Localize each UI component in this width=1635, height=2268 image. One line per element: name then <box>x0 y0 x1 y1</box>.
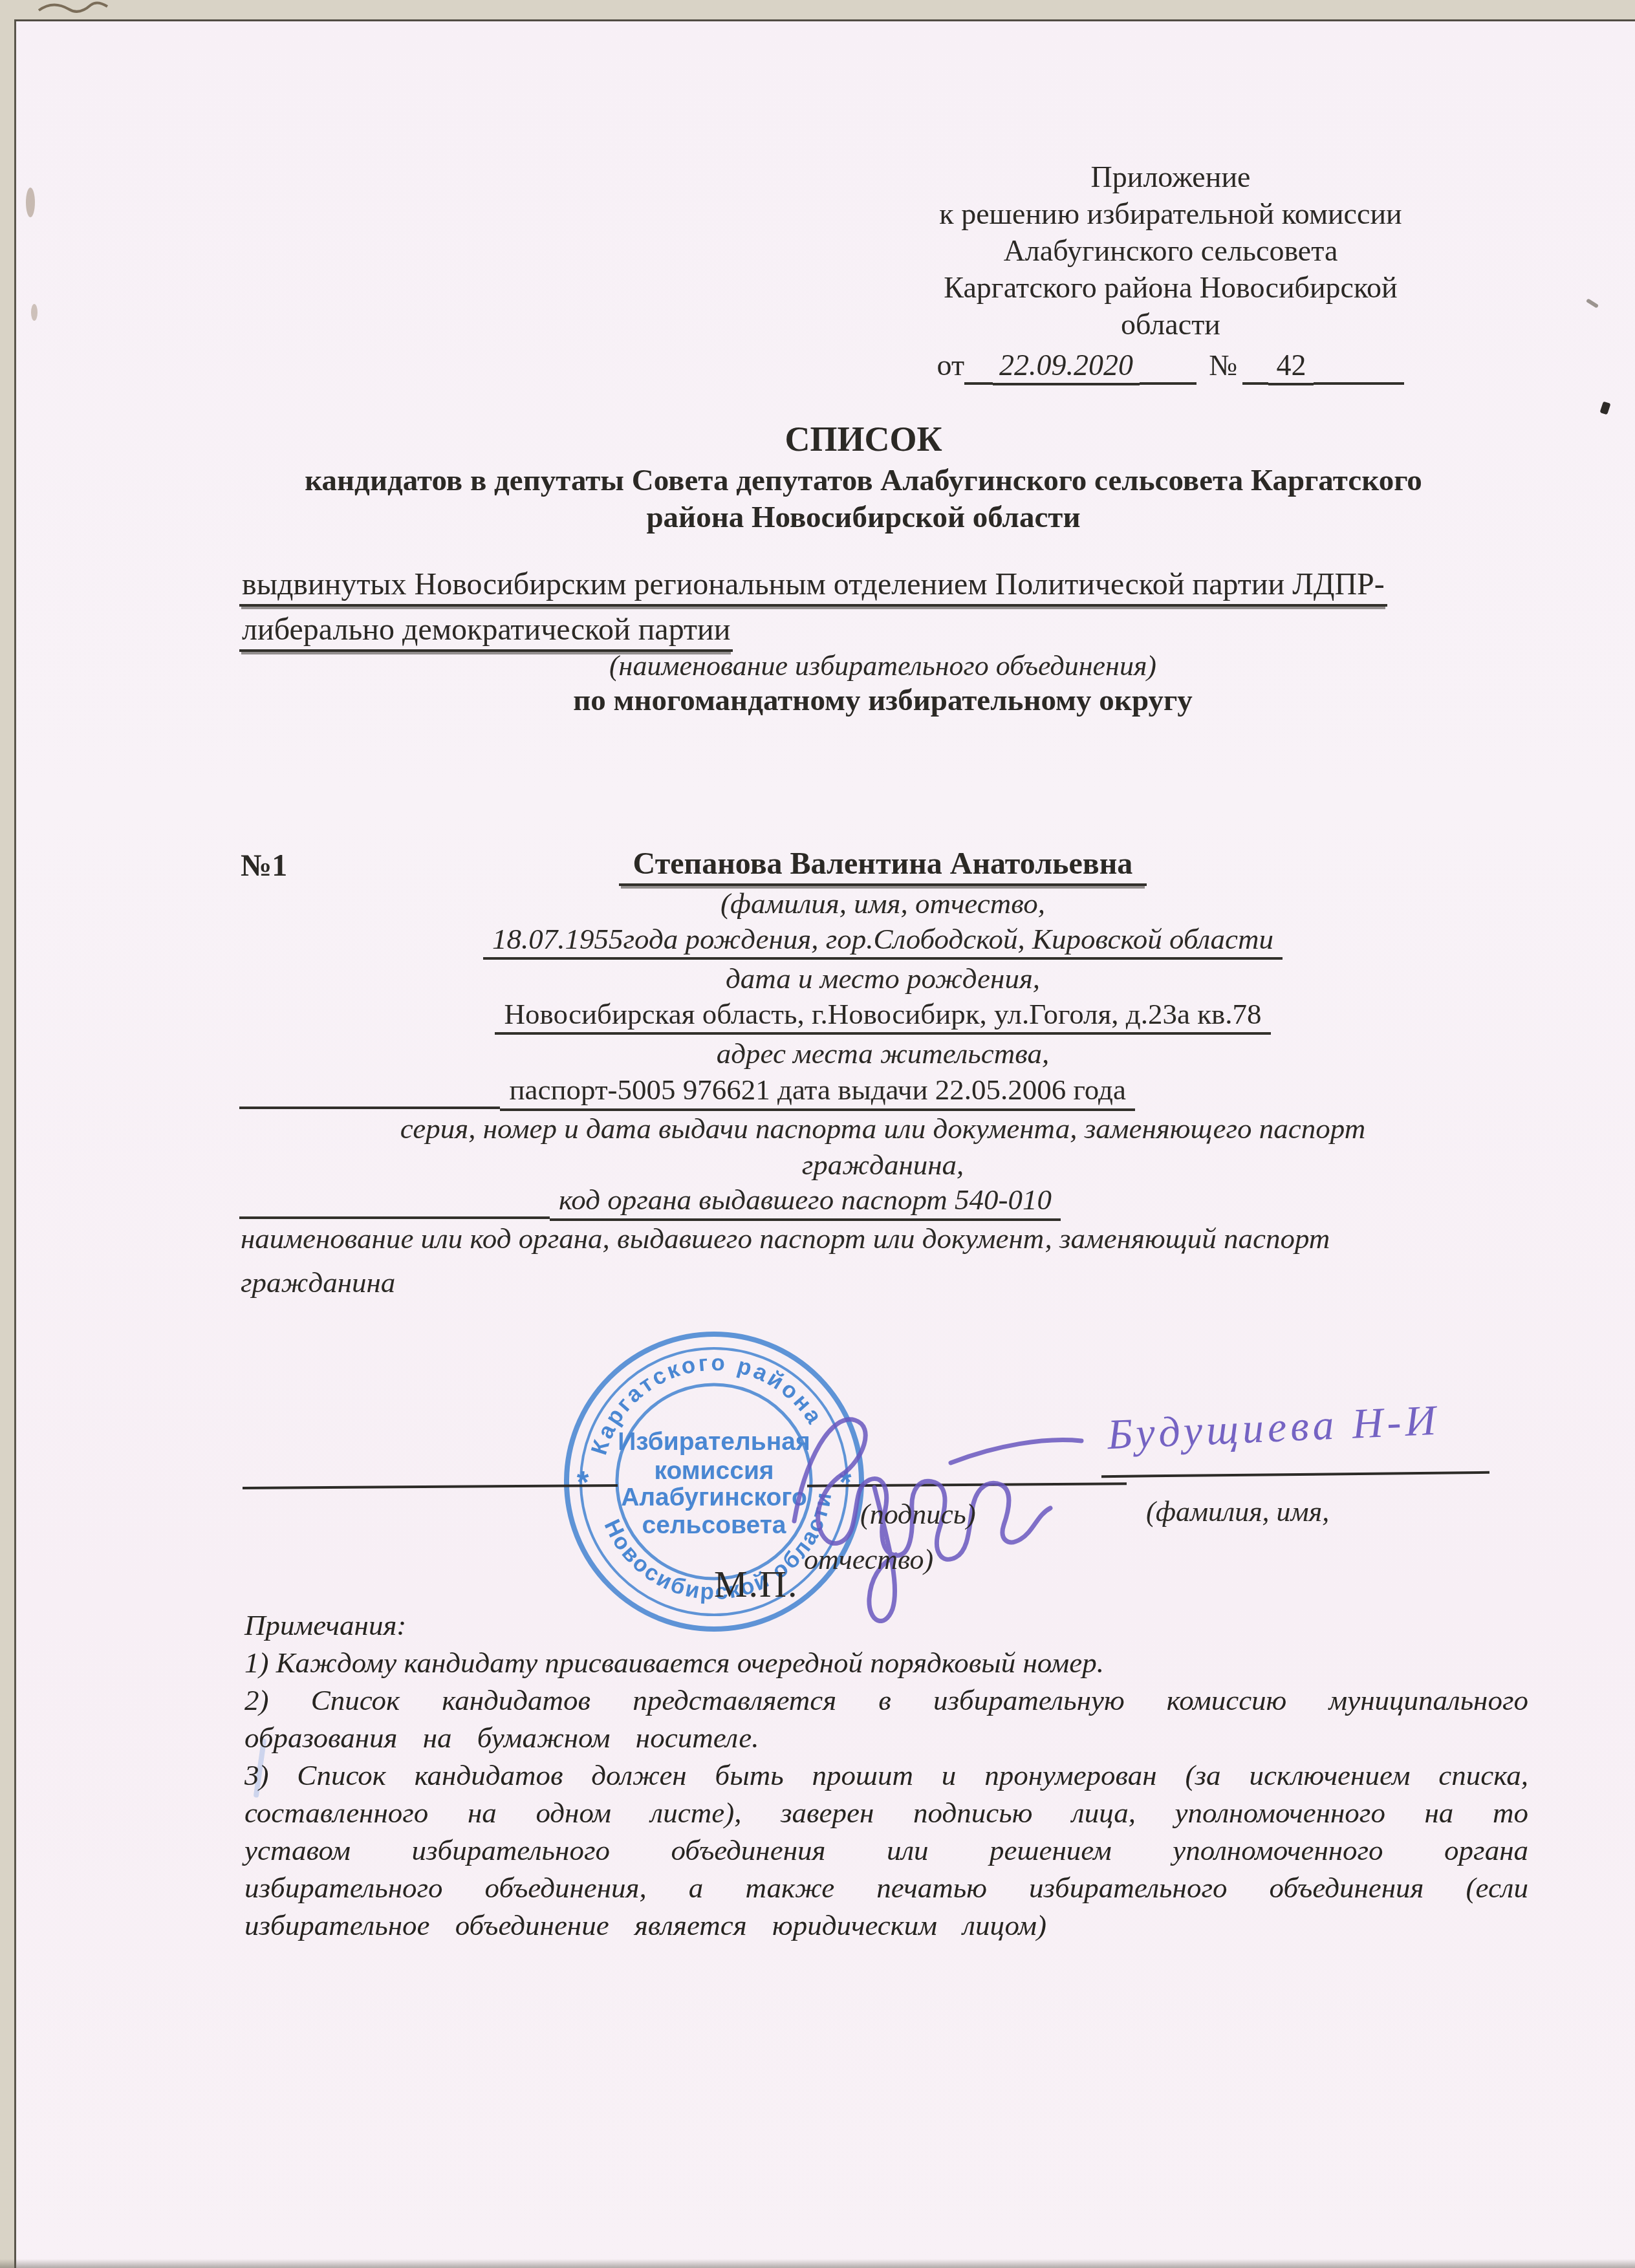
notes-title: Примечания: <box>244 1606 1528 1644</box>
doc-title-line2: района Новосибирской области <box>155 500 1572 535</box>
notes-block: Примечания: 1) Каждому кандидату присваи… <box>244 1606 1528 1944</box>
party-caption: (наименование избирательного объединения… <box>239 649 1526 682</box>
number-sign: № <box>1209 349 1238 382</box>
fio-caption: (фамилия, имя, отчество, <box>239 887 1526 920</box>
edge-stain <box>31 304 38 321</box>
address-caption: адрес места жительства, <box>239 1037 1526 1070</box>
issuer-caption-line1: наименование или код органа, выдавшего п… <box>241 1222 1330 1255</box>
birth-line: 18.07.1955года рождения, гор.Слободской,… <box>483 923 1283 960</box>
header-line: к решению избирательной комиссии <box>873 195 1468 232</box>
party-line2: либерально демократической партии <box>239 612 733 647</box>
note-item-1: 1) Каждому кандидату присваивается очере… <box>244 1644 1528 1681</box>
edge-stain <box>26 188 35 217</box>
address-row: Новосибирская область, г.Новосибирк, ул.… <box>239 997 1526 1031</box>
header-line: области <box>873 306 1468 343</box>
header-line: Приложение <box>873 158 1468 195</box>
candidate-name: Степанова Валентина Анатольевна <box>619 847 1147 886</box>
date-prefix: от <box>937 349 965 382</box>
blank-line <box>239 1216 550 1219</box>
birth-row: 18.07.1955года рождения, гор.Слободской,… <box>239 922 1526 956</box>
bottom-scan-edge <box>0 2259 1635 2268</box>
party-line1-text: выдвинутых Новосибирским региональным от… <box>239 567 1387 607</box>
blank-underline <box>1242 351 1268 385</box>
blank-underline <box>964 351 993 385</box>
passport-caption-line1: серия, номер и дата выдачи паспорта или … <box>239 1112 1526 1145</box>
sign-caption: (подпись) <box>860 1498 976 1531</box>
seal-center-line2: комиссия <box>654 1457 774 1485</box>
header-line: Алабугинского сельсовета <box>873 232 1468 269</box>
issuer-caption-line2: гражданина <box>241 1266 395 1299</box>
passport-caption-line2: гражданина, <box>239 1148 1526 1182</box>
issuer-line: код органа выдавшего паспорт 540-010 <box>550 1183 1061 1221</box>
header-line: Каргатского района Новосибирской <box>873 269 1468 306</box>
decision-date: 22.09.2020 <box>993 349 1140 385</box>
seal-asterisk-left: * <box>577 1465 589 1500</box>
scanner-edge-smudge <box>19 0 188 19</box>
scanned-document: { "doc": { "header": { "lines": [ "Прило… <box>0 0 1635 2268</box>
birth-caption: дата и место рождения, <box>239 962 1526 995</box>
seal-place-mark: М.П. <box>714 1562 798 1606</box>
party-line2-text: либерально демократической партии <box>239 612 733 652</box>
blank-line <box>239 1107 500 1109</box>
candidate-name-row: Степанова Валентина Анатольевна <box>239 846 1526 881</box>
passport-row: паспорт-5005 976621 дата выдачи 22.05.20… <box>239 1072 1526 1111</box>
doc-title-heading: СПИСОК <box>155 419 1572 459</box>
decision-date-line: от22.09.2020 №42 <box>873 347 1468 385</box>
passport-line: паспорт-5005 976621 дата выдачи 22.05.20… <box>500 1073 1134 1111</box>
decision-number: 42 <box>1268 349 1314 385</box>
blank-underline <box>1140 351 1196 385</box>
header-block: Приложение к решению избирательной комис… <box>873 158 1468 385</box>
address-line: Новосибирская область, г.Новосибирк, ул.… <box>495 998 1270 1035</box>
note-item-3: 3) Список кандидатов должен быть прошит … <box>244 1756 1528 1944</box>
doc-title-line1: кандидатов в депутаты Совета депутатов А… <box>155 463 1572 498</box>
note-item-2: 2) Список кандидатов представляется в из… <box>244 1681 1528 1756</box>
party-line1: выдвинутых Новосибирским региональным от… <box>239 567 1387 602</box>
fio-caption-line2: отчество) <box>804 1543 933 1576</box>
fio-caption-line1: (фамилия, имя, <box>1146 1495 1329 1528</box>
issuer-row: код органа выдавшего паспорт 540-010 <box>239 1182 1526 1221</box>
district-line: по многомандатному избирательному округу <box>239 683 1526 718</box>
blank-underline <box>1314 351 1404 385</box>
